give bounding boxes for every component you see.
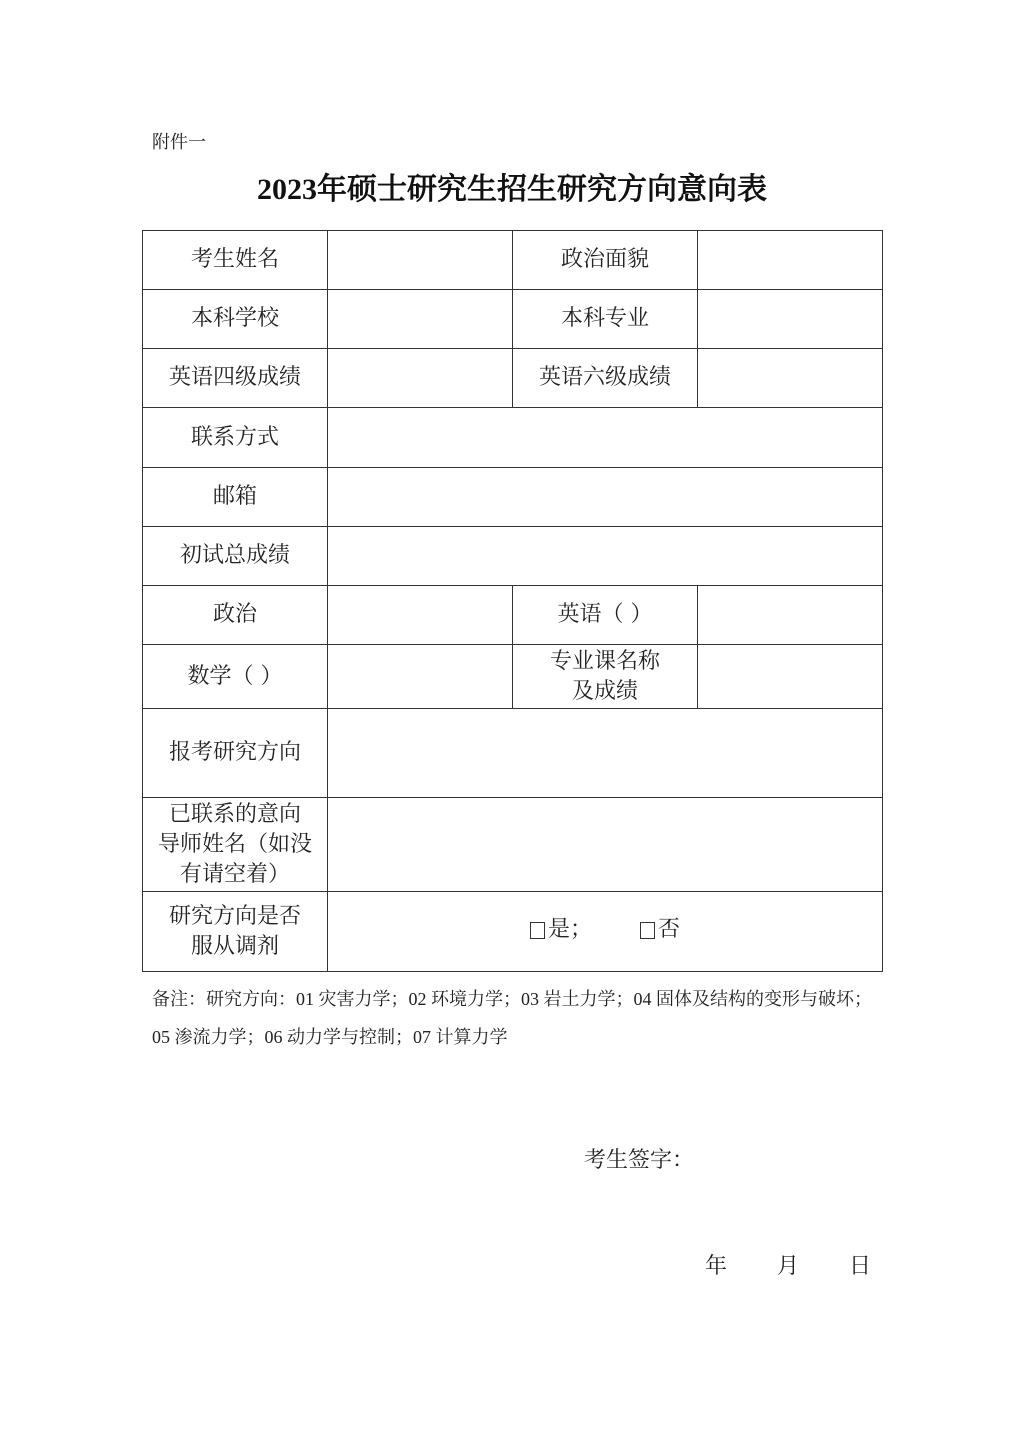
field-input-cet4[interactable] [328,349,513,408]
form-row-research-direction: 报考研究方向 [143,709,883,798]
date-month-label: 月 [777,1252,849,1282]
field-input-cet6[interactable] [698,349,883,408]
field-input-political-status[interactable] [698,231,883,290]
field-label-political-status: 政治面貌 [513,231,698,290]
field-label-research-direction: 报考研究方向 [143,709,328,798]
field-input-undergrad-school[interactable] [328,290,513,349]
field-input-contact[interactable] [328,408,883,468]
page-title: 2023年硕士研究生招生研究方向意向表 [0,168,1024,212]
attachment-label: 附件一 [152,131,206,155]
adjustment-option-yes-label: 是； [548,915,592,945]
field-label-supervisor: 已联系的意向 导师姓名（如没 有请空着） [143,798,328,892]
date-line: 年 月 日 [705,1252,871,1282]
field-input-math[interactable] [328,645,513,709]
field-label-contact: 联系方式 [143,408,328,468]
intention-form-table: 考生姓名 政治面貌 本科学校 本科专业 英语四级成绩 英语六级成绩 联系方式 邮… [142,230,883,972]
form-row-email: 邮箱 [143,468,883,527]
checkbox-icon[interactable] [640,922,655,939]
field-label-english: 英语（ ） [513,586,698,645]
field-label-name: 考生姓名 [143,231,328,290]
field-input-major-course[interactable] [698,645,883,709]
field-input-research-direction[interactable] [328,709,883,798]
adjustment-choice-group: 是； 否 [530,915,680,945]
adjustment-choice-cell: 是； 否 [328,892,883,972]
field-label-cet4: 英语四级成绩 [143,349,328,408]
field-input-politics[interactable] [328,586,513,645]
adjustment-option-no-label: 否 [658,915,680,945]
form-row-politics-english: 政治 英语（ ） [143,586,883,645]
field-label-math: 数学（ ） [143,645,328,709]
field-label-email: 邮箱 [143,468,328,527]
field-label-major-course: 专业课名称 及成绩 [513,645,698,709]
adjustment-option-yes[interactable]: 是； [530,915,592,945]
field-input-total-score[interactable] [328,527,883,586]
form-row-contact: 联系方式 [143,408,883,468]
form-row-undergrad: 本科学校 本科专业 [143,290,883,349]
form-row-cet: 英语四级成绩 英语六级成绩 [143,349,883,408]
adjustment-option-no[interactable]: 否 [640,915,680,945]
checkbox-icon[interactable] [530,922,545,939]
form-row-total-score: 初试总成绩 [143,527,883,586]
field-label-total-score: 初试总成绩 [143,527,328,586]
field-label-cet6: 英语六级成绩 [513,349,698,408]
field-label-undergrad-school: 本科学校 [143,290,328,349]
field-input-english[interactable] [698,586,883,645]
field-input-email[interactable] [328,468,883,527]
date-year-label: 年 [705,1252,777,1282]
date-day-label: 日 [849,1252,871,1282]
field-input-name[interactable] [328,231,513,290]
field-input-undergrad-major[interactable] [698,290,883,349]
field-label-politics: 政治 [143,586,328,645]
signature-label: 考生签字： [584,1146,694,1176]
field-input-supervisor[interactable] [328,798,883,892]
form-row-supervisor: 已联系的意向 导师姓名（如没 有请空着） [143,798,883,892]
field-label-adjustment: 研究方向是否 服从调剂 [143,892,328,972]
form-row-adjustment: 研究方向是否 服从调剂 是； 否 [143,892,883,972]
form-row-name: 考生姓名 政治面貌 [143,231,883,290]
field-label-undergrad-major: 本科专业 [513,290,698,349]
form-row-math-major: 数学（ ） 专业课名称 及成绩 [143,645,883,709]
remarks-note: 备注：研究方向：01 灾害力学；02 环境力学；03 岩土力学；04 固体及结构… [152,980,877,1056]
